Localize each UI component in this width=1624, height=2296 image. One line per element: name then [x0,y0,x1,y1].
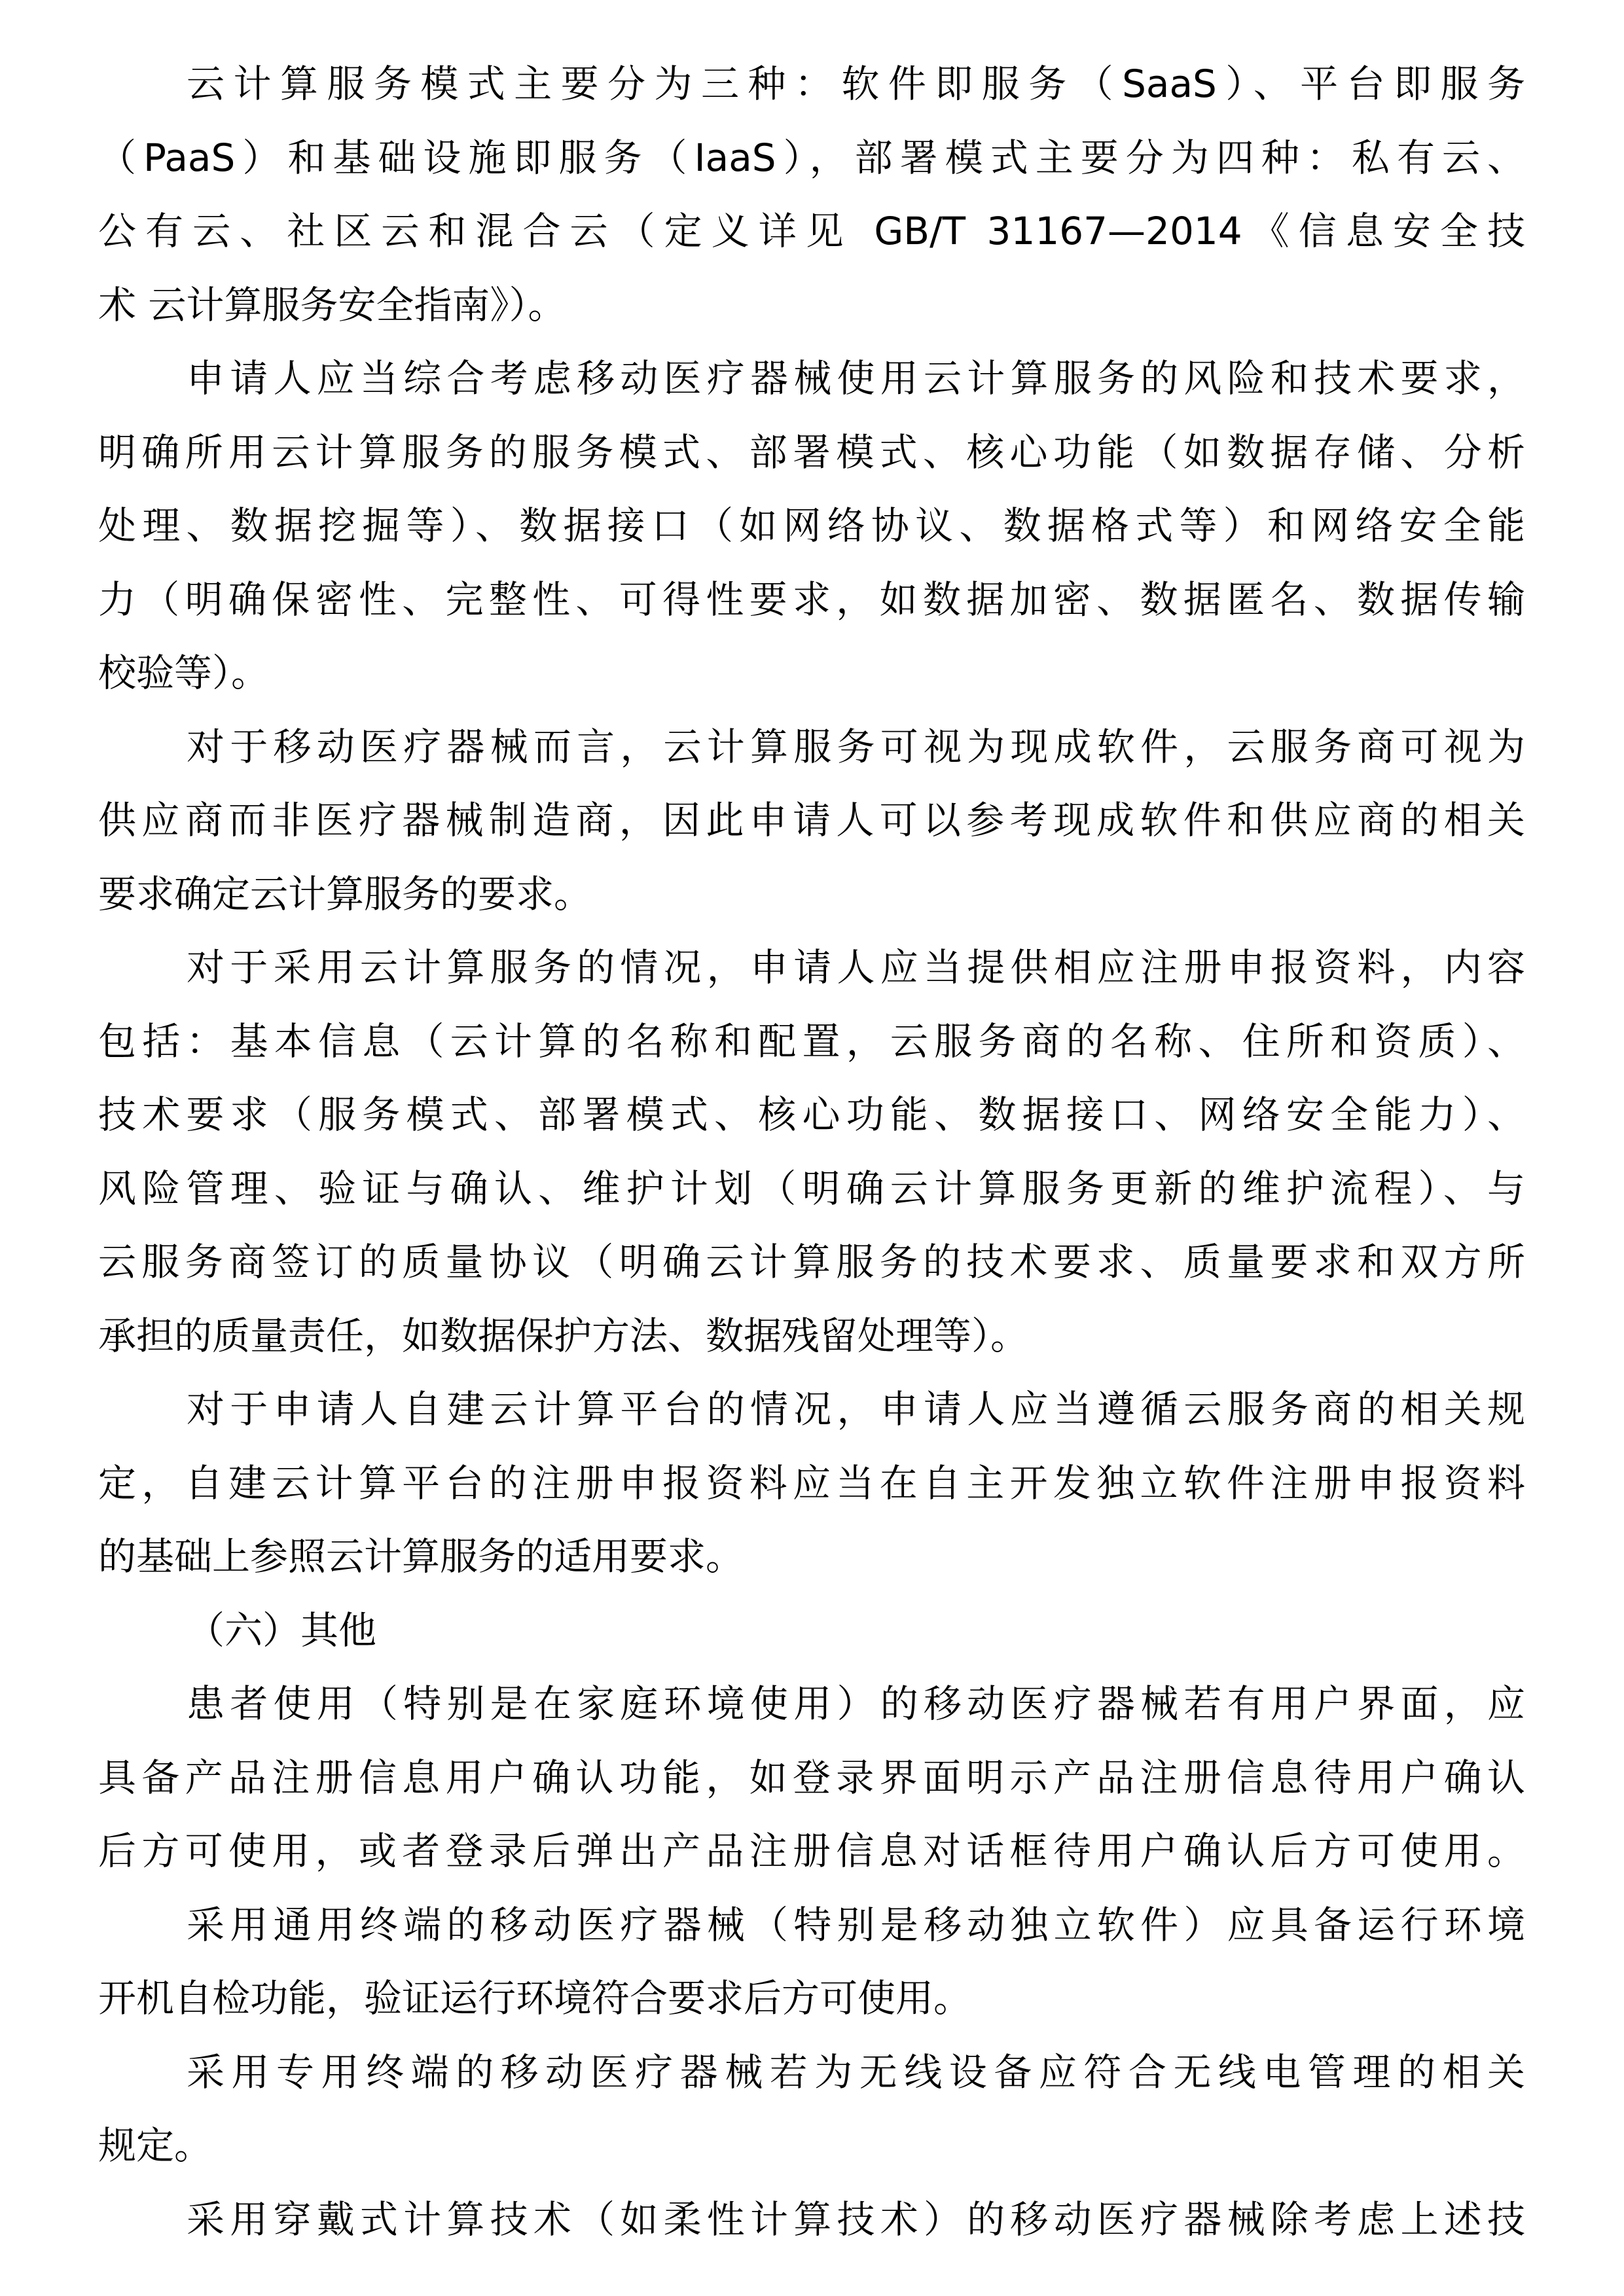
paragraph-3-line-2: 供应商而非医疗器械制造商，因此申请人可以参考现成软件和供应商的相关 [98,783,1525,857]
document-page: 云计算服务模式主要分为三种：软件即服务（SaaS）、平台即服务 （PaaS）和基… [0,0,1624,2296]
section-heading-other: （六）其他 [187,1594,1525,1667]
paragraph-9-line-1: 采用穿戴式计算技术（如柔性计算技术）的移动医疗器械除考虑上述技 [187,2183,1525,2256]
paragraph-5-line-3: 的基础上参照云计算服务的适用要求。 [98,1520,1525,1593]
paragraph-2-line-5: 校验等）。 [98,636,1525,709]
paragraph-3-line-1: 对于移动医疗器械而言，云计算服务可视为现成软件，云服务商可视为 [187,710,1525,783]
paragraph-5-line-1: 对于申请人自建云计算平台的情况，申请人应当遵循云服务商的相关规 [187,1372,1525,1446]
paragraph-8-line-1: 采用专用终端的移动医疗器械若为无线设备应符合无线电管理的相关 [187,2036,1525,2109]
paragraph-4-line-4: 风险管理、验证与确认、维护计划（明确云计算服务更新的维护流程）、与 [98,1152,1525,1225]
paragraph-1-line-4: 术 云计算服务安全指南》）。 [98,268,1525,342]
paragraph-2-line-4: 力（明确保密性、完整性、可得性要求，如数据加密、数据匿名、数据传输 [98,563,1525,636]
paragraph-8-line-2: 规定。 [98,2109,1525,2182]
paragraph-6-line-1: 患者使用（特别是在家庭环境使用）的移动医疗器械若有用户界面，应 [187,1667,1525,1740]
paragraph-6-line-2: 具备产品注册信息用户确认功能，如登录界面明示产品注册信息待用户确认 [98,1741,1525,1814]
paragraph-2-line-1: 申请人应当综合考虑移动医疗器械使用云计算服务的风险和技术要求， [187,342,1525,415]
paragraph-1-line-2: （PaaS）和基础设施即服务（IaaS），部署模式主要分为四种：私有云、 [98,121,1525,194]
paragraph-4-line-1: 对于采用云计算服务的情况，申请人应当提供相应注册申报资料，内容 [187,931,1525,1004]
paragraph-4-line-2: 包括：基本信息（云计算的名称和配置，云服务商的名称、住所和资质）、 [98,1005,1525,1078]
paragraph-2-line-2: 明确所用云计算服务的服务模式、部署模式、核心功能（如数据存储、分析 [98,416,1525,489]
paragraph-3-line-3: 要求确定云计算服务的要求。 [98,857,1525,931]
paragraph-1-line-3: 公有云、社区云和混合云（定义详见 GB/T 31167—2014《信息安全技 [98,194,1525,268]
paragraph-6-line-3: 后方可使用，或者登录后弹出产品注册信息对话框待用户确认后方可使用。 [98,1814,1525,1888]
paragraph-7-line-2: 开机自检功能，验证运行环境符合要求后方可使用。 [98,1962,1525,2035]
paragraph-4-line-3: 技术要求（服务模式、部署模式、核心功能、数据接口、网络安全能力）、 [98,1078,1525,1151]
paragraph-5-line-2: 定，自建云计算平台的注册申报资料应当在自主开发独立软件注册申报资料 [98,1446,1525,1520]
paragraph-4-line-6: 承担的质量责任，如数据保护方法、数据残留处理等）。 [98,1299,1525,1372]
paragraph-4-line-5: 云服务商签订的质量协议（明确云计算服务的技术要求、质量要求和双方所 [98,1225,1525,1299]
paragraph-7-line-1: 采用通用终端的移动医疗器械（特别是移动独立软件）应具备运行环境 [187,1888,1525,1962]
paragraph-2-line-3: 处理、数据挖掘等）、数据接口（如网络协议、数据格式等）和网络安全能 [98,489,1525,562]
paragraph-1-line-1: 云计算服务模式主要分为三种：软件即服务（SaaS）、平台即服务 [187,47,1525,120]
